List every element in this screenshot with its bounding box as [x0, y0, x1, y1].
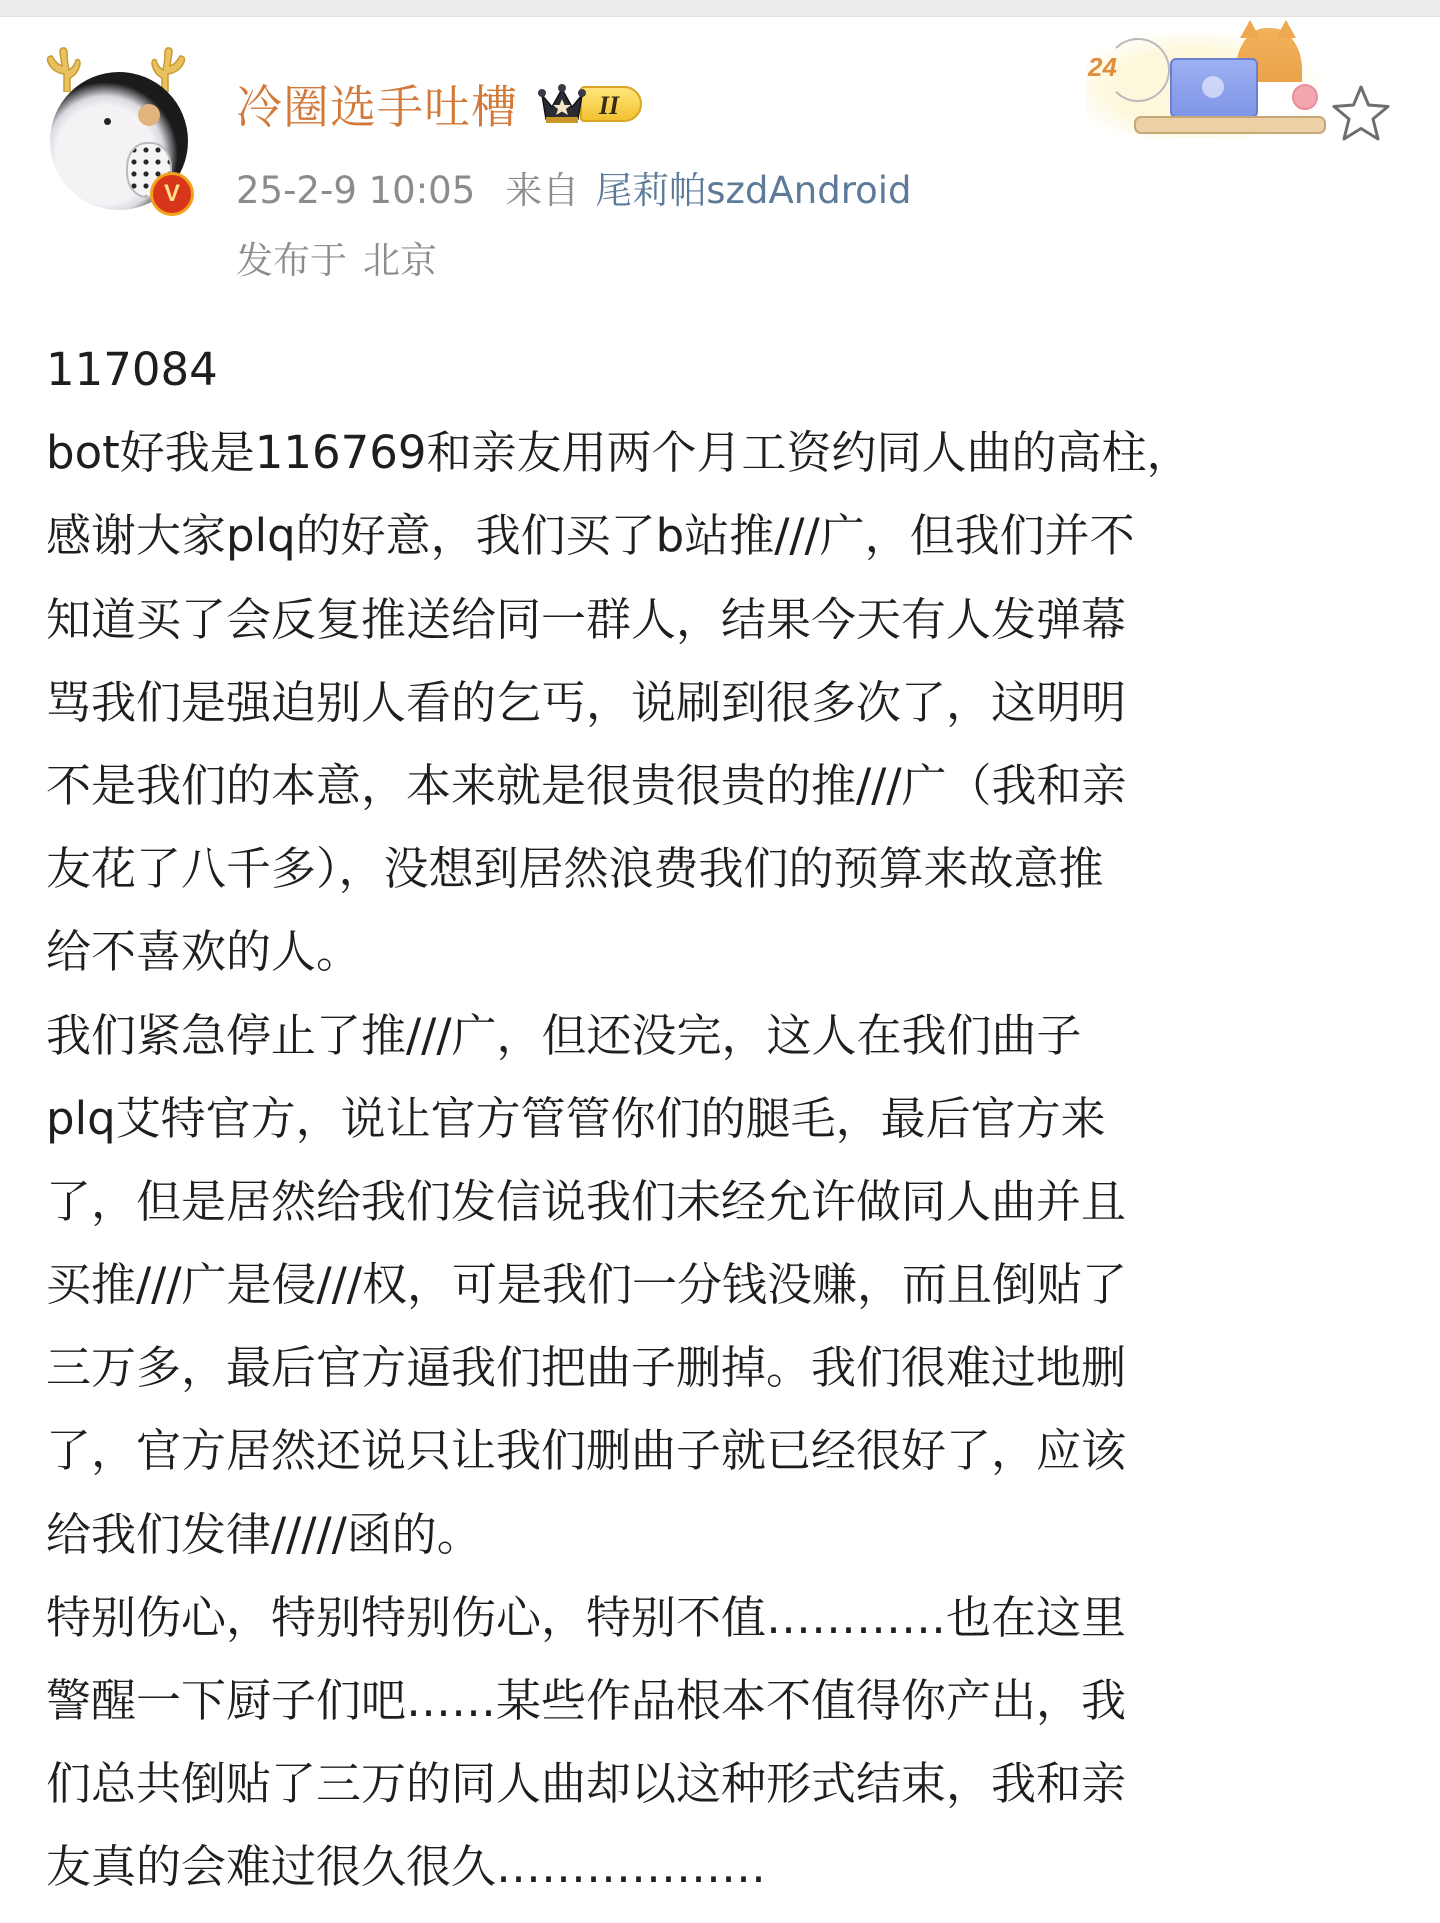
body-line: 给不喜欢的人。 — [46, 910, 1406, 993]
location-label: 发布于 — [236, 239, 347, 282]
favorite-star-icon[interactable] — [1330, 84, 1392, 142]
body-line: 骂我们是强迫别人看的乞丐，说刷到很多次了，这明明 — [46, 661, 1406, 744]
body-line: 了，但是居然给我们发信说我们未经允许做同人曲并且 — [46, 1160, 1406, 1243]
body-line: 们总共倒贴了三万的同人曲却以这种形式结束，我和亲 — [46, 1742, 1406, 1825]
location-city: 北京 — [363, 239, 437, 282]
top-edge-strip — [0, 0, 1440, 17]
body-line: 三万多，最后官方逼我们把曲子删掉。我们很难过地删 — [46, 1326, 1406, 1409]
vip-level-label: II — [580, 86, 642, 122]
body-line: 特别伤心，特别特别伤心，特别不值…………也在这里 — [46, 1576, 1406, 1659]
post-location: 发布于北京 — [236, 230, 437, 284]
post-timestamp: 25-2-9 10:05 — [236, 169, 475, 212]
body-line: 了，官方居然还说只让我们删曲子就已经很好了，应该 — [46, 1409, 1406, 1492]
body-line: 知道买了会反复推送给同一群人，结果今天有人发弹幕 — [46, 578, 1406, 661]
post-source-link[interactable]: 尾莉帕szdAndroid — [595, 160, 911, 214]
body-line: 警醒一下厨子们吧……某些作品根本不值得你产出，我 — [46, 1659, 1406, 1742]
desk-icon — [1134, 116, 1326, 134]
body-line: 不是我们的本意，本来就是很贵很贵的推///广（我和亲 — [46, 744, 1406, 827]
body-line: bot好我是116769和亲友用两个月工资约同人曲的高柱， — [46, 411, 1406, 494]
body-line: 117084 — [46, 328, 1406, 411]
body-line: plq艾特官方，说让官方管管你们的腿毛，最后官方来 — [46, 1077, 1406, 1160]
author-avatar[interactable]: V — [40, 46, 200, 216]
body-line: 给我们发律/////函的。 — [46, 1493, 1406, 1576]
post-meta: 25-2-9 10:05 来自 尾莉帕szdAndroid — [236, 160, 912, 214]
author-name[interactable]: 冷圈选手吐槽 — [236, 71, 518, 137]
body-line: 感谢大家plq的好意，我们买了b站推///广，但我们并不 — [46, 494, 1406, 577]
post-body-text: 117084 bot好我是116769和亲友用两个月工资约同人曲的高柱， 感谢大… — [46, 328, 1406, 1909]
avatar-ear — [138, 104, 160, 126]
avatar-eye — [104, 118, 111, 125]
verified-badge-icon: V — [150, 172, 194, 216]
clock-24-label: 24 — [1088, 52, 1117, 83]
body-line: 友真的会难过很久很久……………… — [46, 1825, 1406, 1908]
author-row: 冷圈选手吐槽 II — [236, 72, 642, 136]
card-decoration-shiba: 24 — [1086, 28, 1326, 138]
computer-monitor-icon — [1170, 58, 1258, 118]
crown-icon — [538, 83, 586, 125]
body-line: 友花了八千多），没想到居然浪费我们的预算来故意推 — [46, 827, 1406, 910]
body-line: 买推///广是侵///权，可是我们一分钱没赚，而且倒贴了 — [46, 1243, 1406, 1326]
from-label: 来自 — [505, 160, 579, 214]
flower-icon — [1292, 84, 1318, 110]
vip-badge[interactable]: II — [538, 82, 642, 126]
body-line: 我们紧急停止了推///广，但还没完，这人在我们曲子 — [46, 994, 1406, 1077]
antler-icon — [42, 46, 82, 92]
